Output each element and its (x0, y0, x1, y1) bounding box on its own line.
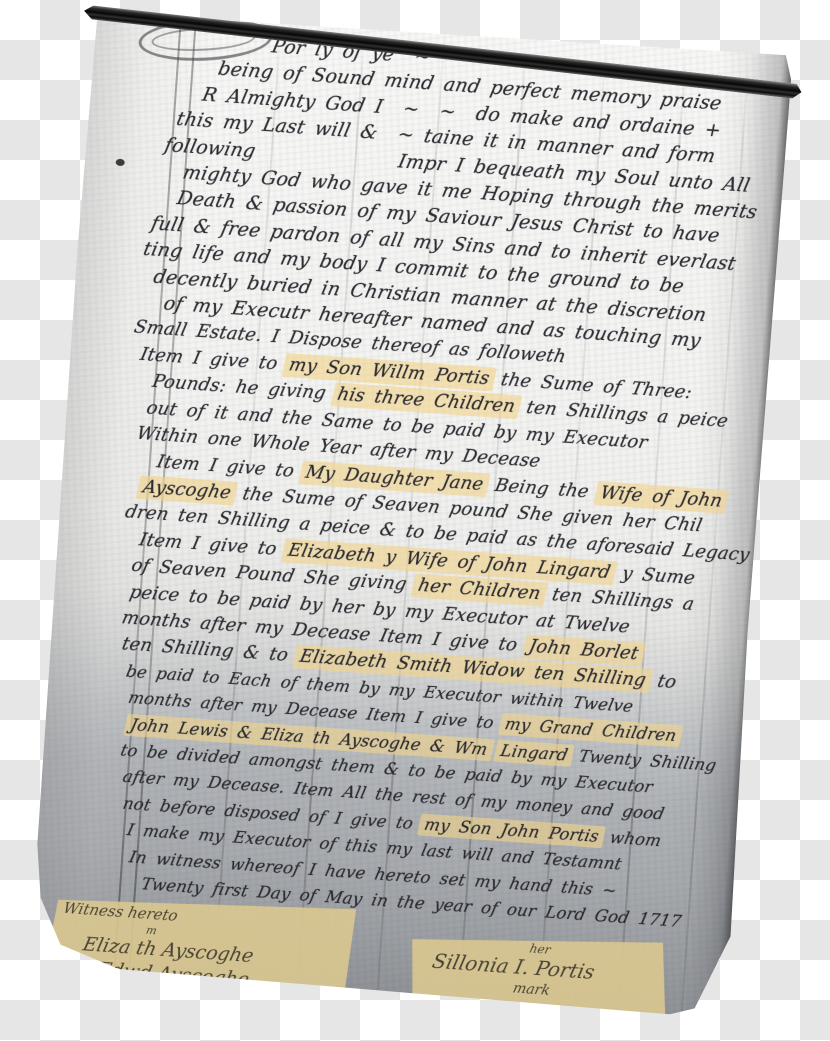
ink-blot (115, 159, 124, 167)
highlighted-phrase: Lingard (493, 739, 575, 766)
text-segment: Being the (483, 474, 601, 503)
manuscript-lines: Por ly of ye ~ ~ ~ ~ ~being of Sound min… (95, 25, 780, 938)
text-segment: whom (599, 827, 663, 850)
document-scan: Por ly of ye ~ ~ ~ ~ ~being of Sound min… (27, 7, 793, 1018)
witness-highlight-block: Witness hereto m Eliza th Ayscoghe Edwd … (45, 888, 356, 1023)
text-segment: y Sume (610, 562, 697, 589)
transparent-canvas: Por ly of ye ~ ~ ~ ~ ~being of Sound min… (0, 0, 830, 1041)
signature-highlight-block: her Sillonia I. Portis mark (406, 925, 670, 1041)
